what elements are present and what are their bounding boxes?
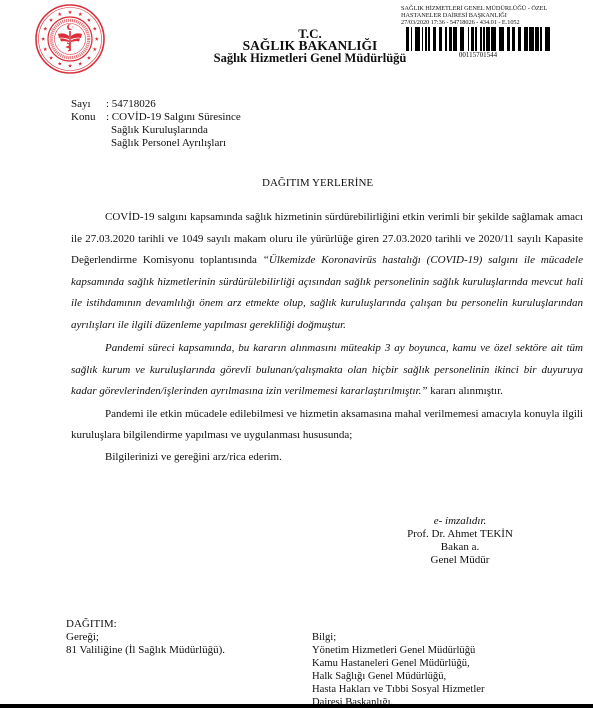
e-signature-note: e- imzalıdır. <box>380 515 540 528</box>
paragraph-1: COVİD-19 salgını kapsamında sağlık hizme… <box>71 207 583 336</box>
signatory-title-1: Bakan a. <box>380 541 540 554</box>
konu-line-3: Sağlık Personel Ayrılışları <box>111 137 226 150</box>
bilgi-item: Hasta Hakları ve Tıbbi Sosyal Hizmetler <box>312 683 485 696</box>
gereg-item: 81 Valiliğine (İl Sağlık Müdürlüğü). <box>66 644 225 657</box>
paragraph-4: Bilgilerinizi ve gereğini arz/rica ederi… <box>71 447 583 469</box>
gereg-label: Gereği; <box>66 631 225 644</box>
distribution-title: DAĞITIM YERLERİNE <box>262 177 373 189</box>
barcode-number: 00115701544 <box>406 51 550 59</box>
konu-line-2: Sağlık Kuruluşlarında <box>111 124 208 137</box>
barcode-timestamp-ref: 27/03/2020 17:36 - 54718026 - 434.01 - E… <box>401 19 591 26</box>
distribution-bilgi: Bilgi; Yönetim Hizmetleri Genel Müdürlüğ… <box>312 631 485 708</box>
sayi-label: Sayı <box>71 98 91 111</box>
paragraph-2-text: kararı alınmıştır. <box>427 385 502 397</box>
bottom-edge-bar <box>0 704 593 708</box>
letter-body: COVİD-19 salgını kapsamında sağlık hizme… <box>71 207 583 468</box>
distribution-heading: DAĞITIM: <box>66 618 225 631</box>
paragraph-3: Pandemi ile etkin mücadele edilebilmesi … <box>71 404 583 447</box>
bilgi-item: Halk Sağlığı Genel Müdürlüğü, <box>312 670 485 683</box>
sayi-value: : 54718026 <box>106 98 156 111</box>
konu-line-1: : COVİD-19 Salgını Süresince <box>106 111 241 124</box>
distribution-gereg: DAĞITIM: Gereği; 81 Valiliğine (İl Sağlı… <box>66 618 225 657</box>
paragraph-2-quote: Pandemi süreci kapsamında, bu kararın al… <box>71 342 583 397</box>
bilgi-item: Kamu Hastaneleri Genel Müdürlüğü, <box>312 657 485 670</box>
signatory-name: Prof. Dr. Ahmet TEKİN <box>380 528 540 541</box>
barcode-icon <box>406 27 550 51</box>
document-barcode-block: SAĞLIK HİZMETLERİ GENEL MÜDÜRLÜĞÜ - ÖZEL… <box>401 5 591 59</box>
bilgi-item: Yönetim Hizmetleri Genel Müdürlüğü <box>312 644 485 657</box>
signatory-title-2: Genel Müdür <box>380 554 540 567</box>
konu-label: Konu <box>71 111 95 124</box>
paragraph-2: Pandemi süreci kapsamında, bu kararın al… <box>71 338 583 403</box>
barcode-issuer-line1: SAĞLIK HİZMETLERİ GENEL MÜDÜRLÜĞÜ - ÖZEL <box>401 5 591 12</box>
ministry-seal-logo <box>34 3 106 75</box>
signature-block: e- imzalıdır. Prof. Dr. Ahmet TEKİN Baka… <box>380 515 540 567</box>
ministry-of-health-seal-icon <box>34 3 106 75</box>
bilgi-label: Bilgi; <box>312 631 485 644</box>
barcode-issuer-line2: HASTANELER DAİRESİ BAŞKANLIĞI <box>401 12 591 19</box>
